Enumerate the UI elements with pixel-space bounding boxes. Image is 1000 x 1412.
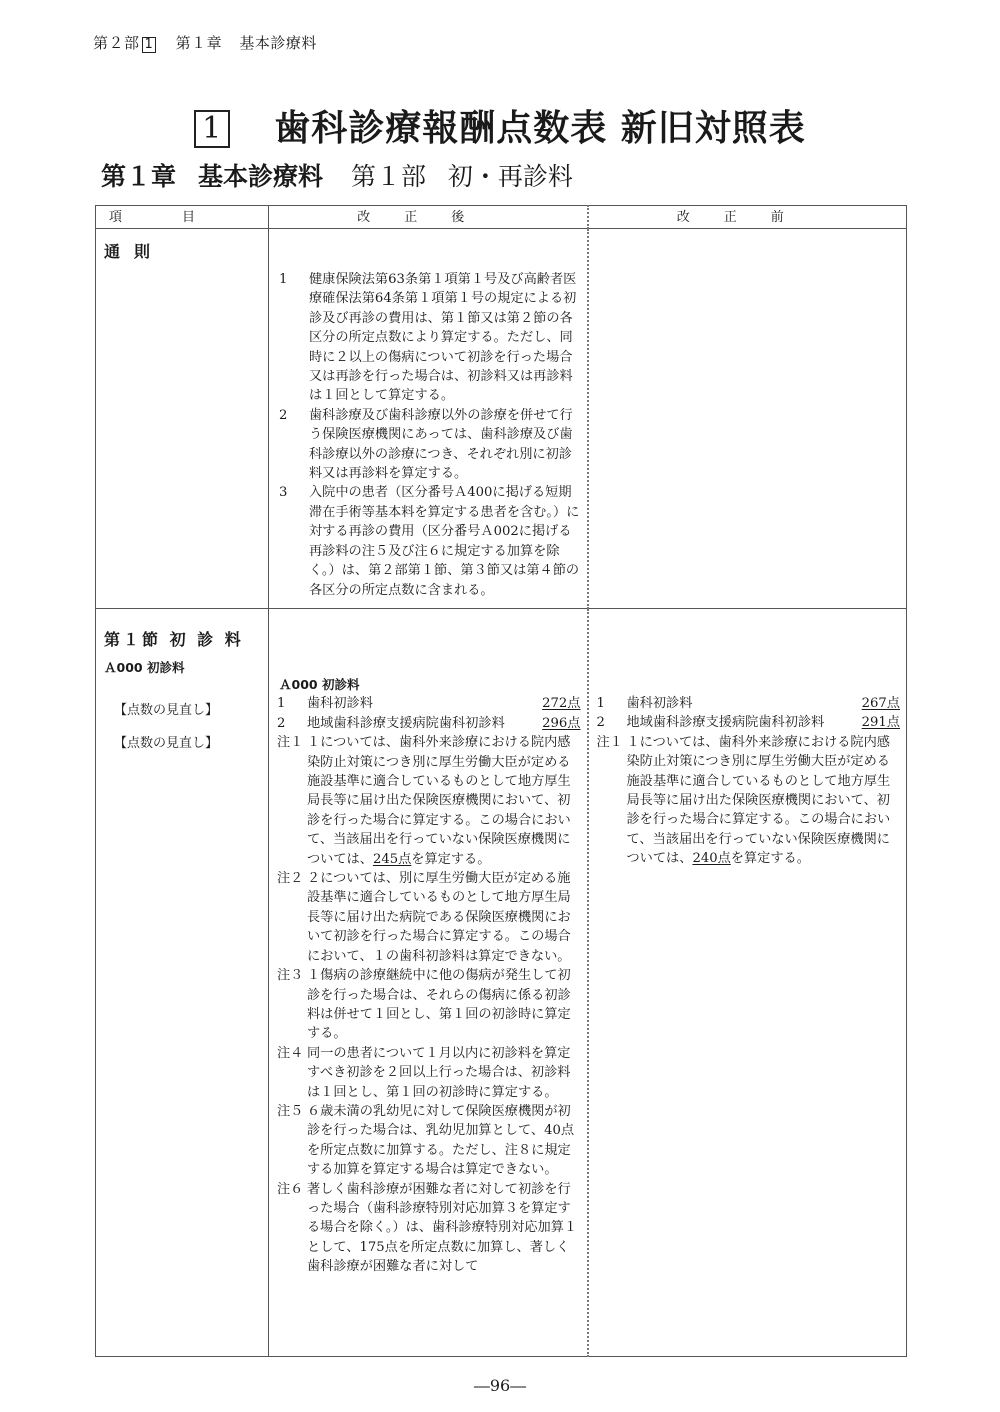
before-cell: 1歯科初診料 267点 2地域歯科診療支援病院歯科初診料 291点 注１１につい…	[588, 609, 907, 1357]
note-item: 注３１傷病の診療継続中に他の傷病が発生して初診を行った場合は、それらの傷病に係る…	[277, 966, 581, 1044]
item-text: 入院中の患者（区分番号Ａ400に掲げる短期滞在手術等基本料を算定する患者を含む。…	[309, 483, 581, 599]
part-label: 第１部	[351, 162, 426, 191]
note-text: ６歳未満の乳幼児に対して保険医療機関が初診を行った場合は、乳幼児加算として、40…	[307, 1102, 581, 1180]
fee-line: 2地域歯科診療支援病院歯科初診料 291点	[597, 713, 901, 732]
note-label: 注１	[277, 733, 307, 869]
changed-points: 240点	[692, 851, 730, 866]
item-text: 歯科診療及び歯科診療以外の診療を併せて行う保険医療機関にあっては、歯科診療及び歯…	[309, 406, 581, 484]
changed-points: 245点	[373, 852, 411, 867]
running-head-chapter: 第１章	[176, 34, 223, 52]
part-name: 初・再診料	[448, 162, 573, 191]
fee-points: 272点	[542, 694, 580, 713]
item-label: 1	[279, 270, 309, 406]
note-label: 注１	[597, 733, 627, 869]
fee-name: 地域歯科診療支援病院歯科初診料	[627, 715, 825, 730]
note-text: １については、歯科外来診療における院内感染防止対策につき別に厚生労働大臣が定める…	[307, 735, 571, 866]
note-item: 注２２については、別に厚生労働大臣が定める施設基準に適合しているものとして地方厚…	[277, 869, 581, 966]
running-head-part: 第２部	[93, 34, 140, 52]
note-label: 注６	[277, 1180, 307, 1277]
item-label: 3	[279, 483, 309, 599]
after-cell: 1健康保険法第63条第１項第１号及び高齢者医療確保法第64条第１項第１号の規定に…	[269, 229, 588, 609]
note-text: １については、歯科外来診療における院内感染防止対策につき別に厚生労働大臣が定める…	[627, 735, 891, 866]
fee-label: 1	[597, 694, 627, 713]
note-text: を算定する。	[411, 852, 490, 867]
fee-line: 2地域歯科診療支援病院歯科初診料 296点	[277, 714, 581, 733]
item-text: 健康保険法第63条第１項第１号及び高齢者医療確保法第64条第１項第１号の規定によ…	[309, 270, 581, 406]
fee-points: 296点	[542, 714, 580, 733]
note-label: 注３	[277, 966, 307, 1044]
table-row: 第１節 初 診 料 Ａ000 初診料 【点数の見直し】 【点数の見直し】 Ａ00…	[96, 609, 907, 1357]
note-label: 注４	[277, 1044, 307, 1102]
revision-tag: 【点数の見直し】	[96, 732, 268, 751]
item-cell: 第１節 初 診 料 Ａ000 初診料 【点数の見直し】 【点数の見直し】	[96, 609, 269, 1357]
header-before: 改正前	[588, 206, 907, 229]
fee-label: 2	[277, 714, 307, 733]
fee-points: 291点	[862, 713, 900, 732]
chapter-title: 第１章 基本診療料 第１部 初・再診料	[101, 157, 573, 193]
running-head-title: 基本診療料	[239, 34, 317, 52]
page-title: 1歯科診療報酬点数表 新旧対照表	[0, 100, 1000, 151]
list-item: 3入院中の患者（区分番号Ａ400に掲げる短期滞在手術等基本料を算定する患者を含む…	[279, 483, 581, 599]
note-label: 注５	[277, 1102, 307, 1180]
fee-name: 歯科初診料	[627, 696, 693, 711]
fee-name: 地域歯科診療支援病院歯科初診料	[307, 716, 505, 731]
list-item: 2歯科診療及び歯科診療以外の診療を併せて行う保険医療機関にあっては、歯科診療及び…	[279, 406, 581, 484]
note-text: を算定する。	[731, 851, 810, 866]
note-item: 注４同一の患者について１月以内に初診料を算定すべき初診を２回以上行った場合は、初…	[277, 1044, 581, 1102]
header-after: 改正後	[269, 206, 588, 229]
note-item: 注１１については、歯科外来診療における院内感染防止対策につき別に厚生労働大臣が定…	[597, 733, 901, 869]
note-text: 著しく歯科診療が困難な者に対して初診を行った場合（歯科診療特別対応加算３を算定す…	[307, 1180, 581, 1277]
code-title: Ａ000 初診料	[277, 675, 581, 694]
fee-name: 歯科初診料	[307, 696, 373, 711]
table-row: 通則 1健康保険法第63条第１項第１号及び高齢者医療確保法第64条第１項第１号の…	[96, 229, 907, 609]
title-number: 1	[194, 110, 230, 148]
running-head: 第２部1 第１章 基本診療料	[93, 32, 317, 53]
table-header-row: 項目 改正後 改正前	[96, 206, 907, 229]
fee-points: 267点	[862, 694, 900, 713]
fee-label: 2	[597, 713, 627, 732]
fee-label: 1	[277, 694, 307, 713]
note-item: 注５６歳未満の乳幼児に対して保険医療機関が初診を行った場合は、乳幼児加算として、…	[277, 1102, 581, 1180]
fee-line: 1歯科初診料 267点	[597, 694, 901, 713]
after-cell: Ａ000 初診料 1歯科初診料 272点 2地域歯科診療支援病院歯科初診料 29…	[269, 609, 588, 1357]
note-text: ２については、別に厚生労働大臣が定める施設基準に適合しているものとして地方厚生局…	[307, 869, 581, 966]
list-item: 1健康保険法第63条第１項第１号及び高齢者医療確保法第64条第１項第１号の規定に…	[279, 270, 581, 406]
subsection-heading: Ａ000 初診料	[96, 650, 268, 676]
part-box: 1	[142, 37, 157, 53]
note-item: 注１１については、歯科外来診療における院内感染防止対策につき別に厚生労働大臣が定…	[277, 733, 581, 869]
note-text: １傷病の診療継続中に他の傷病が発生して初診を行った場合は、それらの傷病に係る初診…	[307, 966, 581, 1044]
note-text: 同一の患者について１月以内に初診料を算定すべき初診を２回以上行った場合は、初診料…	[307, 1044, 581, 1102]
note-label: 注２	[277, 869, 307, 966]
comparison-table: 項目 改正後 改正前 通則 1健康保険法第63条第１項第１号及び高齢者医療確保法…	[95, 205, 907, 1357]
before-cell	[588, 229, 907, 609]
item-label: 2	[279, 406, 309, 484]
item-cell: 通則	[96, 229, 269, 609]
title-text: 歯科診療報酬点数表 新旧対照表	[274, 108, 806, 149]
header-item: 項目	[96, 206, 269, 229]
fee-line: 1歯科初診料 272点	[277, 694, 581, 713]
section-heading: 通則	[96, 229, 268, 262]
section-heading: 第１節 初 診 料	[96, 609, 268, 650]
chapter-name: 基本診療料	[198, 162, 323, 191]
note-item: 注６著しく歯科診療が困難な者に対して初診を行った場合（歯科診療特別対応加算３を算…	[277, 1180, 581, 1277]
chapter-label: 第１章	[101, 162, 176, 191]
revision-tag: 【点数の見直し】	[96, 699, 268, 718]
page-number: ―96―	[0, 1376, 1000, 1395]
